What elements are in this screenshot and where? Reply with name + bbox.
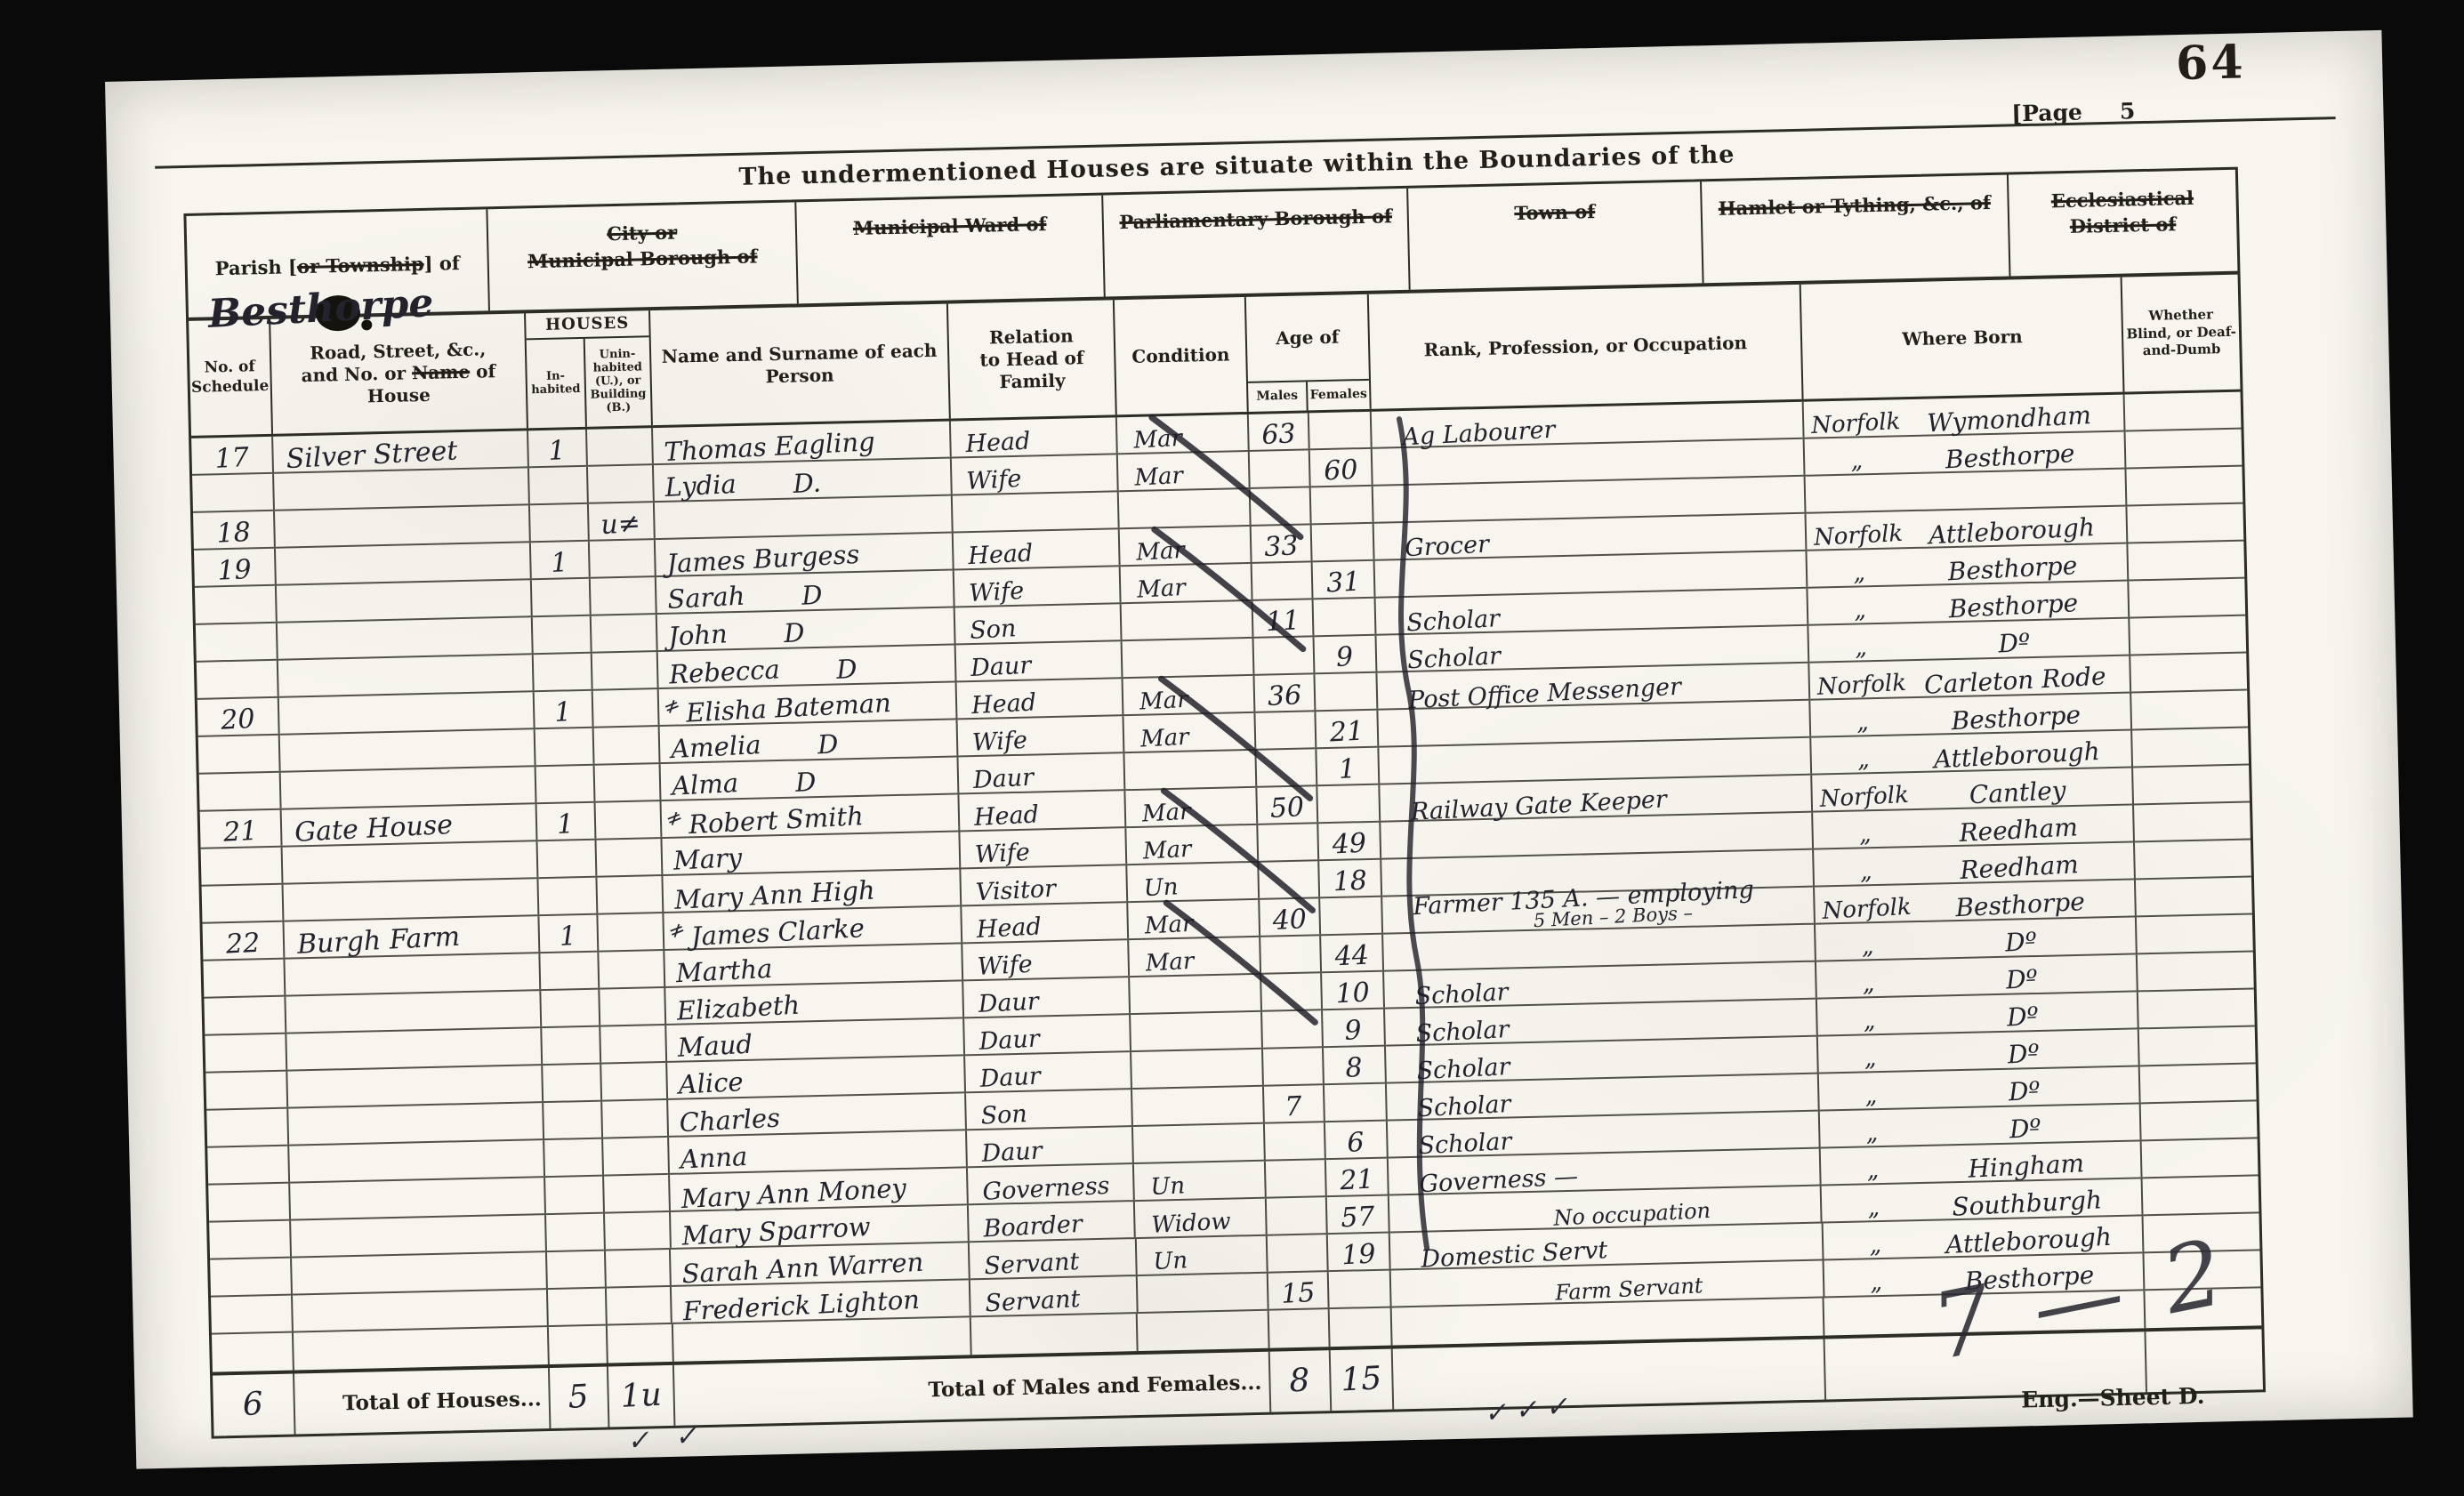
relation-cell: Daur xyxy=(958,753,1125,792)
schedule-number-cell xyxy=(205,1072,288,1109)
uninhabited-cell xyxy=(595,801,662,839)
totals-houses-label-cell: Total of Houses... xyxy=(294,1368,552,1434)
person-name: Robert Smith xyxy=(688,803,864,838)
name-cell: Thomas Eagling xyxy=(653,422,952,464)
condition-cell: Mar xyxy=(1129,937,1261,976)
where-born-cell: „Dº xyxy=(1817,992,2139,1034)
relation-cell: Daur xyxy=(964,1015,1131,1054)
uninhabited-cell xyxy=(607,1287,673,1324)
age-male-cell xyxy=(1263,1048,1325,1085)
road-name: Gate House xyxy=(294,812,453,847)
age-male-cell xyxy=(1260,936,1322,973)
name-cell: Maud xyxy=(666,1018,965,1061)
relation-cell: Wife xyxy=(957,716,1124,755)
person-name: James Burgess xyxy=(665,542,859,577)
totals-schedule-count: 6 xyxy=(242,1388,264,1421)
road-name: Burgh Farm xyxy=(296,924,461,959)
road-cell xyxy=(274,468,530,510)
household-hash-mark: ≠ xyxy=(663,808,685,832)
condition-value: Mar xyxy=(1137,576,1187,602)
sheet-reference-label: Eng.—Sheet D. xyxy=(2021,1383,2205,1413)
condition-cell xyxy=(1123,639,1255,677)
infirmity-cell xyxy=(2131,654,2248,692)
age-male-cell xyxy=(1256,749,1317,786)
relation-cell: Wife xyxy=(952,454,1119,494)
inhabited-cell: 1 xyxy=(531,542,591,578)
inhabited-cell xyxy=(548,1289,608,1325)
born-county: „ xyxy=(1818,1044,1922,1073)
where-born-cell: NorfolkWymondham xyxy=(1804,395,2126,438)
inhabited-mark: 1 xyxy=(554,699,573,727)
name-cell: Mary Ann Money xyxy=(670,1168,969,1210)
schedule-number-cell xyxy=(211,1296,294,1333)
uninhabited-cell xyxy=(591,577,657,615)
uninhabited-cell xyxy=(600,1025,667,1063)
inhabited-cell xyxy=(538,840,598,877)
inhabited-cell xyxy=(546,1214,606,1251)
road-cell xyxy=(277,580,533,622)
person-name: Mary Sparrow xyxy=(681,1214,871,1250)
condition-value: Mar xyxy=(1144,913,1194,938)
household-hash-mark: ≠ xyxy=(665,920,688,944)
persons-check-marks: ✓ ✓ ✓ xyxy=(1483,1391,1569,1430)
road-header-struck-word: Name xyxy=(412,361,471,383)
inhabited-mark: 1 xyxy=(548,438,567,465)
road-cell xyxy=(280,767,536,808)
born-county: „ xyxy=(1805,447,1909,476)
name-cell: Anna xyxy=(669,1130,968,1173)
totals-females-value: 15 xyxy=(1340,1363,1382,1396)
inhabited-cell xyxy=(532,579,592,615)
age-male-cell xyxy=(1259,861,1320,898)
born-county: „ xyxy=(1820,1119,1924,1147)
relation-cell: Daur xyxy=(967,1127,1134,1166)
females-header: Females xyxy=(1308,381,1370,411)
age-subheaders: Males Females xyxy=(1248,379,1370,412)
age-male-cell xyxy=(1251,487,1312,525)
relation-value: Boarder xyxy=(983,1212,1083,1242)
name-cell: James Burgess xyxy=(655,533,954,575)
relation-cell: Head xyxy=(959,791,1126,830)
relation-value: Daur xyxy=(981,1138,1043,1165)
inhabited-cell: 1 xyxy=(537,803,597,840)
occupation-value: Scholar xyxy=(1416,1092,1510,1121)
census-page-scan: 64 [Page5 The undermentioned Houses are … xyxy=(105,30,2413,1469)
condition-value: Mar xyxy=(1143,838,1193,864)
uninhabited-cell xyxy=(602,1100,669,1138)
person-name: Rebecca xyxy=(668,656,780,688)
totals-inhabited-cell: 5 xyxy=(550,1367,609,1428)
age-male-cell xyxy=(1265,1122,1326,1160)
where-born-cell: „Dº xyxy=(1819,1066,2141,1109)
condition-cell xyxy=(1122,601,1254,639)
age-male-cell: 50 xyxy=(1257,786,1318,824)
age-female-value: 60 xyxy=(1323,457,1358,486)
name-cell: AlmaD xyxy=(660,757,959,800)
totals-schedule-cell: 6 xyxy=(213,1374,295,1436)
condition-cell: Mar xyxy=(1120,527,1252,565)
relation-value: Visitor xyxy=(975,877,1056,905)
occupation-value: Scholar xyxy=(1406,644,1501,672)
schedule-number: 18 xyxy=(216,519,252,548)
relation-cell xyxy=(971,1314,1139,1355)
where-born-cell: „Southburgh xyxy=(1822,1178,2144,1221)
age-male-value: 15 xyxy=(1281,1280,1317,1308)
totals-occupation-cell xyxy=(1392,1339,1826,1409)
condition-value: Un xyxy=(1153,1249,1188,1274)
person-name: Maud xyxy=(677,1032,753,1061)
age-female-cell xyxy=(1329,1308,1392,1347)
road-cell xyxy=(285,953,541,995)
age-female-cell xyxy=(1317,785,1381,823)
condition-value: Un xyxy=(1150,1174,1186,1199)
person-name: Elisha Bateman xyxy=(686,690,892,727)
born-county: „ xyxy=(1808,559,1912,587)
born-county: „ xyxy=(1821,1156,1925,1185)
infirmity-cell xyxy=(2135,840,2251,878)
schedule-header: No. of Schedule xyxy=(189,319,273,436)
uninhabited-cell xyxy=(587,428,654,465)
uninhabited-cell xyxy=(593,727,660,764)
condition-cell xyxy=(1130,975,1262,1013)
person-name: Anna xyxy=(680,1144,748,1173)
schedule-number: 19 xyxy=(217,557,253,585)
condition-cell: Mar xyxy=(1126,788,1259,826)
uninhabited-cell xyxy=(606,1250,672,1287)
city-borough-header-cell: City or Municipal Borough of xyxy=(487,202,799,310)
person-name: John xyxy=(667,621,728,649)
inhabited-cell xyxy=(540,953,600,989)
road-cell xyxy=(283,879,539,921)
infirmity-cell xyxy=(2125,392,2242,430)
relation-cell: Daur xyxy=(963,977,1131,1017)
uninhabited-cell xyxy=(592,652,659,689)
occupation-header: Rank, Profession, or Occupation xyxy=(1369,285,1804,409)
relation-cell: Governess xyxy=(968,1164,1135,1203)
relation-value: Head xyxy=(973,802,1039,830)
where-born-cell: NorfolkCarleton Rode xyxy=(1810,656,2132,698)
schedule-number: 20 xyxy=(220,706,255,735)
houses-header: HOUSES xyxy=(526,310,649,340)
schedule-number-cell xyxy=(201,848,284,885)
road-cell xyxy=(291,1215,547,1257)
occupation-value: Grocer xyxy=(1404,533,1489,561)
age-male-cell xyxy=(1255,712,1317,749)
hamlet-tything-header-cell: Hamlet or Tything, &c., of xyxy=(1702,174,2011,283)
condition-cell xyxy=(1133,1124,1266,1162)
relation-cell: Wife xyxy=(960,828,1127,867)
relation-cell: Son xyxy=(966,1090,1133,1129)
relation-cell: Daur xyxy=(965,1052,1132,1091)
schedule-number-cell xyxy=(207,1146,290,1184)
person-name: Thomas Eagling xyxy=(664,429,875,465)
born-county: „ xyxy=(1816,932,1920,961)
where-born-cell: „Reedham xyxy=(1813,805,2135,848)
relation-value: Head xyxy=(976,914,1042,942)
relation-cell: Daur xyxy=(955,641,1123,680)
condition-cell xyxy=(1138,1274,1269,1312)
condition-cell: Mar xyxy=(1127,825,1260,864)
uninhabited-cell xyxy=(590,540,656,577)
inhabited-mark: 1 xyxy=(557,811,576,839)
uninhabited-cell xyxy=(598,913,664,951)
road-cell xyxy=(286,991,542,1033)
uninhabited-cell xyxy=(608,1324,674,1363)
condition-cell xyxy=(1125,751,1258,789)
condition-cell xyxy=(1119,489,1252,527)
inhabited-cell xyxy=(545,1177,605,1213)
schedule-number-cell xyxy=(199,773,282,810)
inhabited-cell xyxy=(533,616,592,653)
schedule-number-cell: 19 xyxy=(194,549,277,586)
totals-inhabited-value: 5 xyxy=(568,1381,590,1414)
houses-check-marks: ✓ ✓ xyxy=(625,1420,698,1458)
road-cell xyxy=(278,617,534,659)
relation-value: Wife xyxy=(974,840,1030,867)
person-name: Amelia xyxy=(670,732,761,762)
schedule-number-cell xyxy=(196,623,278,661)
name-cell: Mary Ann High xyxy=(663,869,962,912)
name-cell: Alice xyxy=(667,1056,966,1098)
name-cell: Elizabeth xyxy=(665,981,964,1024)
age-female-cell xyxy=(1320,897,1383,935)
person-name: Alma xyxy=(671,770,738,800)
name-cell: Charles xyxy=(668,1093,967,1136)
inhabited-cell xyxy=(536,766,596,802)
age-male-cell xyxy=(1261,973,1323,1010)
age-female-cell: 49 xyxy=(1318,823,1381,860)
where-born-cell: „Dº xyxy=(1816,917,2138,960)
road-cell xyxy=(288,1103,544,1145)
condition-cell: Mar xyxy=(1118,452,1251,490)
road-cell: Gate House xyxy=(281,804,537,846)
relation-value: Daur xyxy=(970,654,1031,680)
age-male-cell xyxy=(1267,1197,1328,1235)
totals-males-value: 8 xyxy=(1289,1364,1311,1397)
condition-value: Mar xyxy=(1133,427,1183,453)
schedule-number-cell xyxy=(209,1221,292,1259)
road-cell xyxy=(292,1252,548,1294)
totals-infirmity-cell xyxy=(2146,1329,2263,1392)
page-label-number: 5 xyxy=(2120,98,2136,124)
age-female-cell xyxy=(1313,599,1376,636)
infirmity-cell xyxy=(2143,1176,2259,1214)
infirmity-cell xyxy=(2134,803,2251,841)
where-born-cell: „Besthorpe xyxy=(1805,432,2127,475)
person-name: Alice xyxy=(678,1069,744,1098)
age-female-value: 8 xyxy=(1345,1055,1364,1082)
age-female-value: 9 xyxy=(1344,1017,1363,1045)
surname-ditto: D xyxy=(784,620,806,647)
age-male-value: 40 xyxy=(1272,906,1308,935)
age-male-cell xyxy=(1262,1010,1324,1048)
age-female-cell: 19 xyxy=(1328,1234,1391,1271)
inhabited-cell xyxy=(534,654,593,690)
road-cell xyxy=(293,1290,549,1331)
person-name: Elizabeth xyxy=(676,993,801,1025)
inhabited-cell xyxy=(535,728,595,765)
household-hash-mark: ≠ xyxy=(661,696,683,720)
uninhabited-cell xyxy=(594,764,661,801)
age-male-cell xyxy=(1252,562,1314,599)
uninhabited-cell xyxy=(597,876,664,913)
parliamentary-borough-header-cell: Parliamentary Borough of xyxy=(1104,189,1412,297)
person-name: Sarah xyxy=(666,583,745,613)
infirmity-cell xyxy=(2129,542,2245,580)
schedule-number: 21 xyxy=(222,818,258,847)
age-male-cell: 36 xyxy=(1254,674,1316,712)
born-county: Norfolk xyxy=(1804,410,1908,438)
inhabited-cell xyxy=(544,1102,603,1138)
houses-subheaders: In- habited Unin- habited (U.), or Build… xyxy=(527,337,651,428)
condition-cell: Widow xyxy=(1135,1199,1268,1237)
relation-value: Daur xyxy=(978,990,1039,1017)
age-female-cell: 8 xyxy=(1324,1047,1387,1084)
inhabited-cell: 1 xyxy=(539,915,599,952)
person-name: James Clarke xyxy=(690,915,865,950)
town-header-cell: Town of xyxy=(1409,181,1704,289)
road-cell: Burgh Farm xyxy=(284,916,540,958)
road-cell xyxy=(279,692,535,734)
totals-males-cell: 8 xyxy=(1270,1350,1332,1412)
table-body: 17 Silver Street 1 Thomas Eagling Head M… xyxy=(191,392,2261,1372)
relation-cell: Wife xyxy=(954,567,1121,606)
schedule-number-cell xyxy=(212,1333,294,1372)
condition-header: Condition xyxy=(1115,297,1248,414)
born-county: „ xyxy=(1813,820,1917,849)
road-cell xyxy=(282,841,538,883)
name-cell: RebeccaD xyxy=(657,645,956,688)
born-county: „ xyxy=(1822,1194,1926,1222)
age-female-cell xyxy=(1309,412,1373,449)
age-female-cell xyxy=(1325,1084,1388,1122)
road-cell xyxy=(287,1066,544,1107)
relation-value: Head xyxy=(967,541,1033,568)
uninhabited-header: Unin- habited (U.), or Building (B.) xyxy=(585,337,651,427)
infirmity-cell xyxy=(2128,504,2244,543)
relation-cell: Head xyxy=(951,417,1118,456)
where-born-header: Where Born xyxy=(1801,277,2125,399)
inhabited-cell xyxy=(542,1027,601,1064)
age-female-value: 21 xyxy=(1329,719,1365,747)
inhabited-cell: 1 xyxy=(528,430,588,466)
age-male-value: 50 xyxy=(1269,794,1305,823)
condition-value: Mar xyxy=(1145,950,1195,976)
parish-label-pre: Parish [ xyxy=(214,256,297,280)
occupation-value: Scholar xyxy=(1417,1130,1511,1158)
person-name: Martha xyxy=(675,956,773,986)
where-born-cell: „Besthorpe xyxy=(1811,693,2133,736)
condition-cell: Un xyxy=(1134,1162,1267,1200)
born-county: Norfolk xyxy=(1815,895,1919,923)
uninhabited-cell xyxy=(588,465,655,503)
schedule-number-cell: 20 xyxy=(197,698,280,736)
relation-cell: Boarder xyxy=(969,1202,1136,1241)
age-female-cell xyxy=(1310,487,1373,524)
inhabited-cell xyxy=(538,878,598,914)
condition-cell xyxy=(1131,1012,1263,1050)
uninhabited-cell xyxy=(604,1175,671,1212)
schedule-number-cell xyxy=(210,1259,293,1296)
age-male-cell: 7 xyxy=(1264,1085,1325,1122)
age-female-value: 1 xyxy=(1338,756,1357,784)
age-female-cell: 44 xyxy=(1321,935,1384,972)
relation-cell: Head xyxy=(956,679,1123,718)
age-male-cell xyxy=(1268,1235,1329,1272)
uninhabited-cell xyxy=(596,839,663,876)
age-female-cell: 9 xyxy=(1314,636,1377,673)
relation-value: Daur xyxy=(979,1065,1041,1091)
where-born-cell: „Dº xyxy=(1820,1104,2142,1146)
inhabited-cell xyxy=(529,467,589,503)
infirmity-cell xyxy=(2130,579,2246,617)
age-female-value: 9 xyxy=(1335,644,1354,672)
person-name: Mary xyxy=(672,845,743,874)
inhabited-cell xyxy=(541,990,600,1026)
road-cell xyxy=(276,543,532,584)
age-male-cell xyxy=(1258,824,1319,861)
inhabited-cell xyxy=(549,1326,608,1364)
relation-cell: Servant xyxy=(970,1239,1137,1278)
infirmity-cell xyxy=(2137,914,2253,953)
condition-value: Mar xyxy=(1142,800,1192,826)
age-male-value: 63 xyxy=(1260,421,1296,449)
person-name: Lydia xyxy=(664,471,737,501)
uninhabited-cell xyxy=(600,988,666,1025)
uninhabited-cell xyxy=(603,1138,670,1175)
totals-persons-label-cell: Total of Males and Females... xyxy=(674,1352,1272,1426)
municipal-ward-header-cell: Municipal Ward of xyxy=(796,196,1106,304)
age-female-value: 49 xyxy=(1332,831,1367,859)
uninhabited-cell xyxy=(605,1212,672,1250)
road-name: Silver Street xyxy=(286,438,458,473)
inhabited-cell: 1 xyxy=(535,691,594,728)
infirmity-cell xyxy=(2133,766,2250,804)
occupation-value: Scholar xyxy=(1405,607,1500,635)
relation-cell: Visitor xyxy=(961,865,1128,905)
inhabited-cell xyxy=(547,1251,607,1288)
relation-value: Wife xyxy=(971,728,1027,755)
age-female-cell xyxy=(1311,524,1374,561)
born-county: „ xyxy=(1823,1231,1927,1259)
born-county: „ xyxy=(1808,596,1912,624)
age-female-cell: 6 xyxy=(1325,1122,1389,1159)
person-name: Charles xyxy=(679,1106,781,1137)
condition-cell: Mar xyxy=(1123,676,1256,714)
born-county: „ xyxy=(1824,1268,1928,1297)
uninhabited-cell xyxy=(593,689,660,727)
relation-cell: Head xyxy=(953,529,1120,568)
age-female-value: 57 xyxy=(1340,1203,1375,1232)
census-table: Parish [or Township] of Besthorpe City o… xyxy=(183,167,2266,1439)
condition-value: Mar xyxy=(1139,688,1189,714)
condition-cell: Un xyxy=(1137,1236,1268,1275)
occupation-value: Scholar xyxy=(1416,1055,1510,1083)
age-male-cell: 11 xyxy=(1253,599,1315,637)
age-female-cell: 1 xyxy=(1317,748,1380,785)
road-cell: Silver Street xyxy=(273,430,529,472)
where-born-cell: „Dº xyxy=(1816,954,2138,997)
inhabited-header: In- habited xyxy=(527,339,587,428)
road-cell xyxy=(275,505,531,547)
schedule-number-cell xyxy=(192,474,275,511)
road-cell xyxy=(294,1327,550,1371)
age-header-group: Age of Males Females xyxy=(1246,294,1372,412)
schedule-number-cell xyxy=(197,661,279,698)
age-female-cell: 21 xyxy=(1316,711,1379,748)
infirmity-cell xyxy=(2139,1026,2256,1065)
condition-value: Un xyxy=(1143,875,1179,900)
